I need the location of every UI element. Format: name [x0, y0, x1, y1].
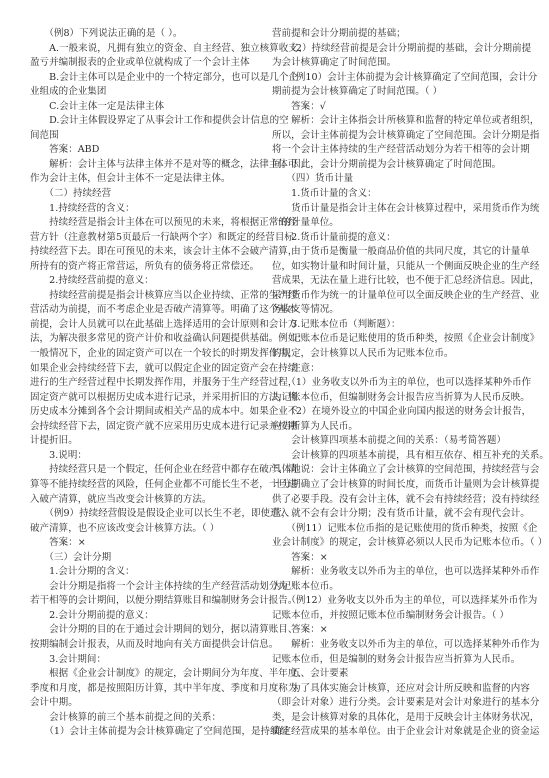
text-line: 会计中期。: [30, 696, 270, 711]
text-line: 的规定，会计核算以人民币为记账本位币。: [272, 347, 519, 362]
text-line: 解析：业务收支以外币为主的单位，可以选择某种外币作为: [272, 638, 519, 653]
text-line: 破产清算，也不应该改变会计核算方法。（ ）: [30, 522, 270, 537]
text-line: 为记账本位币，但编制财务会计报告应当折算为人民币反映。: [272, 391, 519, 406]
text-line: 注意：: [272, 362, 519, 377]
text-line: 按期编制会计报表，从而及时地向有关方面提供会计信息。: [30, 638, 270, 653]
text-line: 营前提和会计分期前提的基础；: [272, 27, 519, 42]
text-line: （例8）下列说法正确的是（ ）。: [30, 27, 270, 42]
text-line: 为了具体实施会计核算，还应对会计所反映和监督的内容: [272, 682, 519, 697]
text-line: 将一个会计主体持续的生产经营活动划分为若干相等的会计期: [272, 143, 519, 158]
text-line: 业会计制度》的规定，会计核算必须以人民币为记账本位币。（ ）: [272, 536, 519, 551]
text-line: 应当折算为人民币。: [272, 420, 519, 435]
text-line: 记账本位币是记账使用的货币种类，按照《企业会计制度》: [272, 332, 519, 347]
text-line: 为会计核算确定了时间范围。: [272, 56, 519, 71]
text-line: 答案：×: [272, 623, 519, 638]
text-line: 供了必要手段。没有会计主体，就不会有持续经营；没有持续经: [272, 493, 519, 508]
text-line: 记账本位币，并按照记账本位币编制财务会计报告。（ ）: [272, 609, 519, 624]
text-line: 2.会计分期前提的意义：: [30, 609, 270, 624]
text-line: 采用货币作为统一的计量单位可以全面反映企业的生产经营、业: [272, 289, 519, 304]
text-line: 会持续经营下去，固定资产就不应采用历史成本进行记录并按期: [30, 420, 270, 435]
text-line: 解析：会计主体指会计所核算和监督的特定单位或者组织，: [272, 114, 519, 129]
text-line: 3.记账本位币（判断题）：: [272, 318, 519, 333]
text-line: （例9）持续经营假设是假设企业可以长生不老，即使进入: [30, 507, 270, 522]
document-page: （例8）下列说法正确的是（ ）。 A.一般来说，凡拥有独立的资金、自主经营、独立…: [0, 0, 549, 778]
text-line: 持续经营只是一个假定，任何企业在经营中都存在破产、清: [30, 463, 270, 478]
text-line: C.会计主体一定是法律主体: [30, 100, 270, 115]
text-line: 2.持续经营前提的意义：: [30, 274, 270, 289]
text-line: 期前提为会计核算确定了时间范围。（ ）: [272, 85, 519, 100]
text-line: 3.说明：: [30, 449, 270, 464]
text-line: （1）会计主体前提为会计核算确定了空间范围，是持续经: [30, 725, 270, 740]
text-line: 2.货币计量前提的意义：: [272, 231, 519, 246]
text-line: 解析：业务收支以外币为主的单位，也可以选择某种外币作: [272, 565, 519, 580]
text-line: 解析：会计主体与法律主体并不是对等的概念，法律主体可: [30, 158, 270, 173]
text-line: 答案：√: [272, 100, 519, 115]
text-line: 若干相等的会计期间，以便分期结算账目和编制财务会计报告。: [30, 594, 270, 609]
text-line: 持续经营下去。即在可预见的未来，该会计主体不会破产清算，: [30, 245, 270, 260]
text-line: （例12）业务收支以外币为主的单位，可以选择某外币作为: [272, 594, 519, 609]
text-line: A.一般来说，凡拥有独立的资金、自主经营、独立核算收支、: [30, 42, 270, 57]
text-line: 答案：×: [30, 536, 270, 551]
text-line: 一的计量单位。: [272, 216, 519, 231]
text-line: 进行的生产经营过程中长期发挥作用，并服务于生产经营过程，: [30, 376, 270, 391]
text-line: （三）会计分期: [30, 551, 270, 566]
text-line: （即会计对象）进行分类。会计要素是对会计对象进行的基本分: [272, 696, 519, 711]
text-line: 具体地说：会计主体确立了会计核算的空间范围，持续经营与会: [272, 463, 519, 478]
text-line: 营方针（注意教材第5页最后一行缺两个字）和既定的经营目标: [30, 231, 270, 246]
text-line: 五、会计要素: [272, 667, 519, 682]
text-line: 答案：ABD: [30, 143, 270, 158]
text-line: 3.会计期间：: [30, 653, 270, 668]
text-line: 历史成本分摊到各个会计期间或相关产品的成本中。如果企业不: [30, 405, 270, 420]
text-line: 所持有的资产将正常营运，所负有的债务将正常偿还。: [30, 260, 270, 275]
text-column-right: 营前提和会计分期前提的基础； （2）持续经营前提是会计分期前提的基础，会计分期前…: [272, 27, 519, 740]
text-line: 算等不能持续经营的风险，任何企业都不可能长生不老，一旦进: [30, 478, 270, 493]
text-line: 持续经营前提是指会计核算应当以企业持续、正常的生产经: [30, 289, 270, 304]
text-line: 盈亏并编制报表的企业或单位就构成了一个会计主体: [30, 56, 270, 71]
text-line: （例11）记账本位币指的是记账使用的货币种类，按照《企: [272, 522, 519, 537]
text-line: 间。因此，会计分期前提为会计核算确定了时间范围。: [272, 158, 519, 173]
text-line: 所以，会计主体前提为会计核算确定了空间范围。会计分期是指: [272, 129, 519, 144]
text-line: 季度和月度，都是按照阳历计算，其中半年度、季度和月度称为: [30, 682, 270, 697]
text-line: 会计分期是指将一个会计主体持续的生产经营活动划分为: [30, 580, 270, 595]
text-line: （1）业务收支以外币为主的单位，也可以选择某种外币作: [272, 376, 519, 391]
text-line: 作为会计主体，但会计主体不一定是法律主体。: [30, 172, 270, 187]
text-line: 记账本位币，但是编制的财务会计报告应当折算为人民币。: [272, 653, 519, 668]
text-line: 1.持续经营的含义：: [30, 202, 270, 217]
text-line: 计提折旧。: [30, 434, 270, 449]
text-line: （四）货币计量: [272, 172, 519, 187]
text-line: （例10）会计主体前提为会计核算确定了空间范围，会计分: [272, 71, 519, 86]
text-line: 会计核算的四项基本前提，具有相互依存、相互补充的关系。: [272, 449, 519, 464]
text-line: 务收支等情况。: [272, 303, 519, 318]
text-line: 入破产清算，就应当改变会计核算的方法。: [30, 493, 270, 508]
text-line: 间范围: [30, 129, 270, 144]
text-line: 会计核算的前三个基本前提之间的关系：: [30, 711, 270, 726]
text-line: B.会计主体可以是企业中的一个特定部分，也可以是几个企: [30, 71, 270, 86]
text-line: 法，为解决很多常见的资产计价和收益确认问题提供基础。例如：: [30, 332, 270, 347]
text-line: D.会计主体假设界定了从事会计工作和提供会计信息的空: [30, 114, 270, 129]
text-line: 营，就不会有会计分期；没有货币计量，就不会有现代会计。: [272, 507, 519, 522]
text-line: 1.货币计量的含义：: [272, 187, 519, 202]
text-line: 货币计量是指会计主体在会计核算过程中，采用货币作为统: [272, 202, 519, 217]
text-line: （2）在境外设立的中国企业向国内报送的财务会计报告，: [272, 405, 519, 420]
text-line: 营成果，无法在量上进行比较，也不便于汇总经济信息。因此，: [272, 274, 519, 289]
text-line: 持续经营是指会计主体在可以预见的未来，将根据正常的经: [30, 216, 270, 231]
text-line: 位，如实物计量和时间计量，只能从一个侧面反映企业的生产经: [272, 260, 519, 275]
text-line: 营活动为前提，而不考虑企业是否破产清算等。明确了这个基本: [30, 303, 270, 318]
text-line: 类，是会计核算对象的具体化，是用于反映会计主体财务状况，: [272, 711, 519, 726]
text-line: 如果企业会持续经营下去，就可以假定企业的固定资产会在持续: [30, 362, 270, 377]
text-line: 由于货币是衡量一般商品价值的共同尺度，其它的计量单: [272, 245, 519, 260]
text-line: 确定经营成果的基本单位。由于企业会计对象就是企业的资金运: [272, 725, 519, 740]
text-line: 根据《企业会计制度》的规定，会计期间分为年度、半年度、: [30, 667, 270, 682]
text-line: 1.会计分期的含义：: [30, 565, 270, 580]
text-line: 会计分期的目的在于通过会计期间的划分，据以清算账目、: [30, 623, 270, 638]
text-line: 计分期确立了会计核算的时间长度，而货币计量则为会计核算提: [272, 478, 519, 493]
text-line: 会计核算四项基本前提之间的关系：（易考简答题）: [272, 434, 519, 449]
text-column-left: （例8）下列说法正确的是（ ）。 A.一般来说，凡拥有独立的资金、自主经营、独立…: [30, 27, 270, 740]
text-line: 一般情况下，企业的固定资产可以在一个较长的时期发挥作用，: [30, 347, 270, 362]
text-line: （2）持续经营前提是会计分期前提的基础，会计分期前提: [272, 42, 519, 57]
text-line: （二）持续经营: [30, 187, 270, 202]
text-line: 固定资产就可以根据历史成本进行记录，并采用折旧的方法，将: [30, 391, 270, 406]
text-line: 答案：×: [272, 551, 519, 566]
text-line: 前提，会计人员就可以在此基础上选择适用的会计原则和会计方: [30, 318, 270, 333]
text-line: 为记账本位币。: [272, 580, 519, 595]
text-line: 业组成的企业集团: [30, 85, 270, 100]
